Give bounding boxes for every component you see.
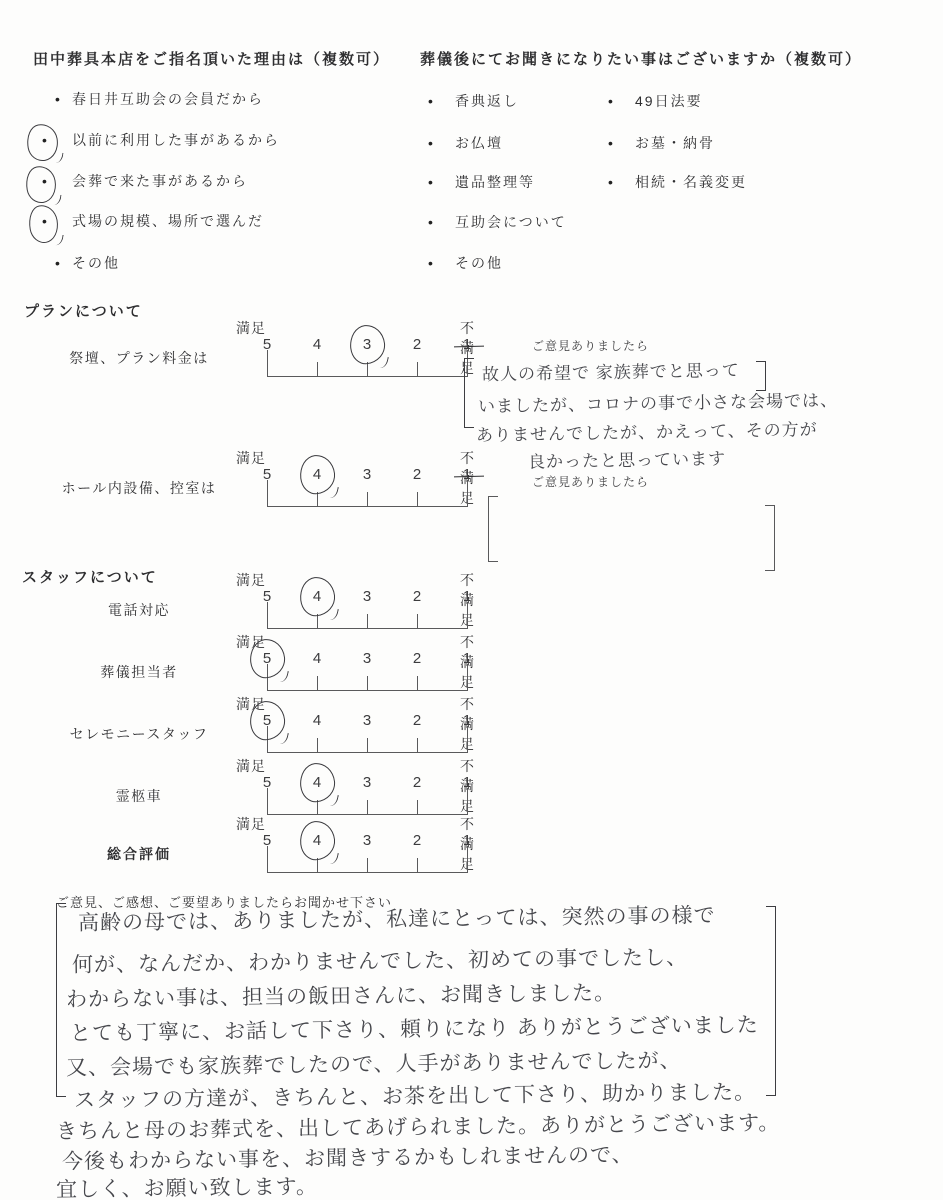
selected-rating-circle (298, 819, 337, 861)
scale-number: 3 (363, 712, 371, 729)
selected-rating-circle (298, 761, 337, 803)
rating-scale-hall: 満足 不満足 ホール内設備、控室は 5 4 3 2 1 (267, 448, 468, 508)
satisfied-label: 満足 (236, 570, 266, 590)
selected-rating-circle (348, 323, 387, 365)
handwritten-comment-line: 今後もわからない事を、お聞きするかもしれませんので、 (62, 1139, 634, 1176)
scale-line (267, 506, 468, 507)
after-funeral-item: 互助会について (455, 212, 567, 232)
handwritten-plan-comment-line: いましたが、コロナの事で小さな会場では、 (478, 386, 838, 417)
after-funeral-item: 遺品整理等 (455, 172, 535, 192)
handwritten-comment-line: 又、会場でも家族葬でしたので、人手がありませんでしたが、 (66, 1044, 682, 1082)
bullet-icon: • (428, 255, 433, 271)
scale-line (267, 376, 468, 377)
scale-line (267, 628, 468, 629)
handwritten-plan-comment-line: 良かったと思っています (528, 444, 726, 472)
satisfied-label: 満足 (236, 448, 266, 468)
bracket-mark (56, 903, 66, 1097)
bullet-icon: • (428, 135, 433, 151)
scale-row-label: 祭壇、プラン料金は (25, 348, 253, 368)
bracket-mark (488, 496, 498, 562)
scale-row-label: 電話対応 (25, 600, 253, 620)
after-funeral-item: その他 (455, 253, 503, 273)
bracket-mark (766, 906, 776, 1096)
comment-prompt-label: ご意見ありましたら (532, 473, 649, 490)
bullet-icon: • (428, 93, 433, 109)
hand-circle-mark (24, 122, 61, 164)
scale-row-label: 葬儀担当者 (25, 662, 253, 682)
rating-scale-phone: 満足 不満足 電話対応 5 4 3 2 1 (267, 570, 468, 630)
scale-line (267, 872, 468, 873)
handwritten-plan-comment-line: ありませんでしたが、かえって、その方が (476, 415, 818, 446)
scale-number: 2 (413, 712, 421, 729)
satisfied-label: 満足 (236, 756, 266, 776)
scale-row-label: 総合評価 (25, 844, 253, 864)
scale-line (267, 752, 468, 753)
reason-item: 会葬で来た事があるから (72, 171, 248, 191)
scale-number: 3 (363, 832, 371, 849)
after-funeral-section-title: 葬儀後にてお聞きになりたい事はございますか（複数可） (420, 48, 862, 69)
scale-number: 4 (313, 336, 321, 353)
after-funeral-item: 49日法要 (635, 91, 703, 111)
scale-number: 3 (363, 588, 371, 605)
selected-rating-circle (298, 575, 337, 617)
handwritten-comment-line: 高齢の母では、ありましたが、私達にとっては、突然の事の様で (78, 899, 716, 937)
hand-circle-mark (26, 203, 61, 245)
scale-number: 3 (363, 466, 371, 483)
reasons-section-title: 田中葬具本店をご指名頂いた理由は（複数可） (33, 48, 390, 69)
after-funeral-item: お墓・納骨 (635, 133, 715, 153)
bullet-icon: • (55, 255, 60, 271)
bracket-mark (464, 358, 474, 428)
scale-line (267, 690, 468, 691)
rating-scale-ceremony-staff: 満足 不満足 セレモニースタッフ 5 4 3 2 1 (267, 694, 468, 754)
scale-number: 4 (313, 712, 321, 729)
bullet-icon: • (428, 174, 433, 190)
hand-circle-mark (23, 164, 59, 206)
after-funeral-item: 相続・名義変更 (635, 172, 747, 192)
reason-item: 以前に利用した事があるから (72, 130, 280, 150)
satisfied-label: 満足 (236, 814, 266, 834)
reason-item: 春日井互助会の会員だから (72, 89, 264, 109)
comment-prompt-label: ご意見ありましたら (532, 337, 649, 354)
scale-number: 2 (413, 336, 421, 353)
scale-number: 2 (413, 588, 421, 605)
bullet-icon: • (428, 214, 433, 230)
rating-scale-director: 満足 不満足 葬儀担当者 5 4 3 2 1 (267, 632, 468, 692)
after-funeral-item: 香典返し (455, 91, 519, 111)
selected-rating-circle (298, 453, 337, 495)
bullet-icon: • (608, 93, 613, 109)
scanned-survey-document: 田中葬具本店をご指名頂いた理由は（複数可） 葬儀後にてお聞きになりたい事はござい… (0, 0, 943, 1200)
handwritten-comment-line: わからない事は、担当の飯田さんに、お聞きしました。 (66, 977, 616, 1014)
handwritten-comment-line: 何が、なんだか、わかりませんでした、初めての事でしたし、 (72, 941, 688, 979)
scale-number: 2 (413, 832, 421, 849)
handwritten-plan-comment-line: 故人の希望で 家族葬でと思って (482, 356, 740, 385)
scale-row-label: セレモニースタッフ (25, 724, 253, 744)
rating-scale-hearse: 満足 不満足 霊柩車 5 4 3 2 1 (267, 756, 468, 816)
handwritten-comment-line: 宜しく、お願い致します。 (56, 1170, 318, 1200)
scale-number: 2 (413, 650, 421, 667)
reason-item: その他 (72, 253, 120, 273)
scale-row-label: ホール内設備、控室は (25, 478, 253, 498)
bullet-icon: • (608, 135, 613, 151)
reason-item: 式場の規模、場所で選んだ (72, 211, 264, 231)
scale-number: 4 (313, 650, 321, 667)
rating-scale-overall: 満足 不満足 総合評価 5 4 3 2 1 (267, 814, 468, 874)
scale-number: 2 (413, 774, 421, 791)
bullet-icon: • (55, 91, 60, 107)
bracket-mark (765, 505, 775, 571)
bullet-icon: • (608, 174, 613, 190)
plan-section-title: プランについて (24, 300, 143, 321)
scale-number: 3 (363, 774, 371, 791)
handwritten-comment-line: とても丁寧に、お話して下さり、頼りになり ありがとうございました (70, 1009, 759, 1047)
scale-number: 3 (363, 650, 371, 667)
satisfied-label: 満足 (236, 318, 266, 338)
staff-section-title: スタッフについて (22, 566, 158, 587)
rating-scale-plan-price: 満足 不満足 祭壇、プラン料金は 5 4 3 2 1 (267, 318, 468, 378)
scale-number: 2 (413, 466, 421, 483)
after-funeral-item: お仏壇 (455, 133, 503, 153)
scale-row-label: 霊柩車 (25, 786, 253, 806)
